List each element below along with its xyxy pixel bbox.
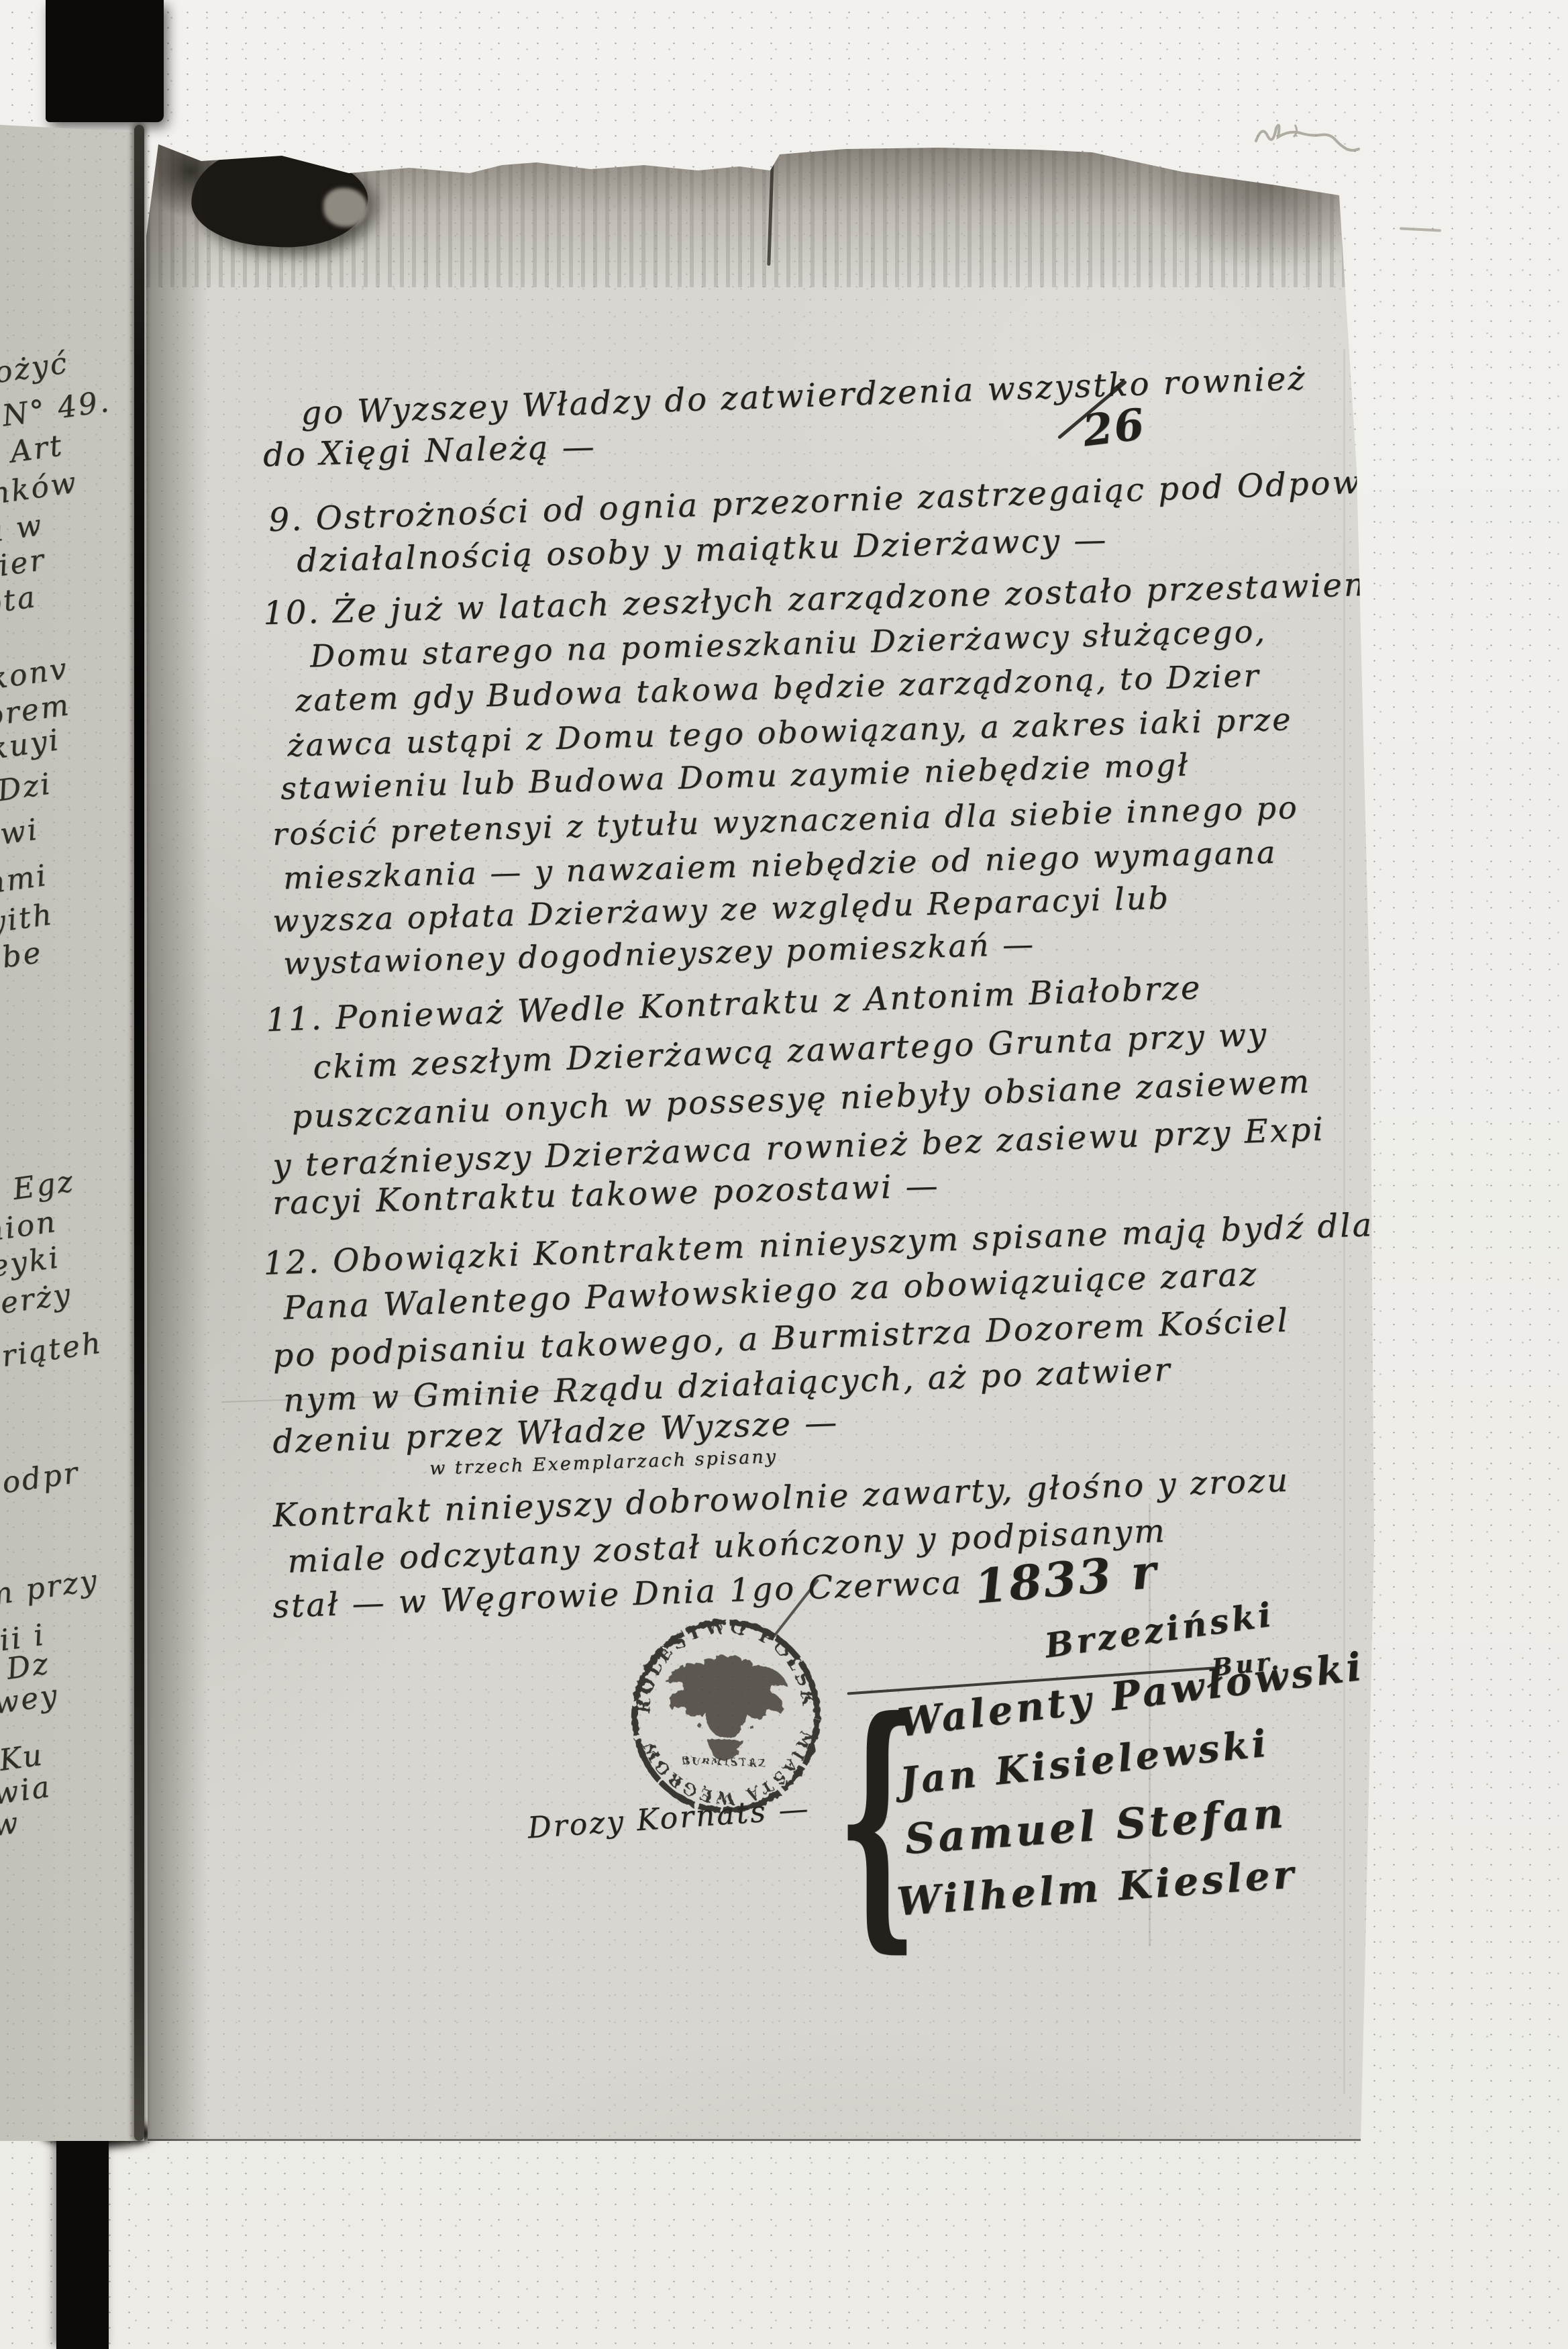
stamp-eagle-emblem xyxy=(664,1653,789,1762)
left-fragment-15: uibe xyxy=(0,938,44,978)
left-fragment-6: Dier xyxy=(0,546,48,585)
left-fragment-16: zd Egz xyxy=(0,1167,76,1212)
left-fragment-28: lw xyxy=(0,1808,22,1843)
tape-remnant-highlight xyxy=(323,188,368,227)
film-scratch-mark xyxy=(1400,227,1441,232)
left-fragment-1: ałożyć xyxy=(0,348,70,393)
gutter-shadow xyxy=(144,128,208,2141)
closing-year: 1833 r xyxy=(972,1548,1159,1611)
left-fragment-10: akuyi xyxy=(0,726,62,767)
left-fragment-20: Mariąteh xyxy=(0,1328,105,1379)
left-fragment-14: Dyith xyxy=(0,900,56,942)
pencil-scribble-mark xyxy=(1252,118,1379,158)
left-fragment-25: nawey xyxy=(0,1681,60,1725)
hand-line-1: go Wyzszey Władzy do zatwierdzenia wszys… xyxy=(301,362,1308,430)
film-strip-bottom xyxy=(56,2129,109,2349)
microfilm-scan: { "scan": { "page_number": "26", "ink_co… xyxy=(0,0,1568,2349)
page-number: 26 xyxy=(1080,403,1147,454)
left-fragment-21: st odpr xyxy=(0,1458,81,1504)
left-fragment-12: zawi xyxy=(0,815,41,854)
left-fragment-7: wota xyxy=(0,583,39,623)
top-right-corner-shading xyxy=(1100,154,1382,315)
page-bottom-edge xyxy=(0,2139,1375,2142)
left-fragment-13: mmi xyxy=(0,861,50,900)
left-fragment-11: a Dzi xyxy=(0,769,54,810)
signature-3: Walenty Pawłowski xyxy=(896,1647,1367,1743)
municipal-seal-stamp: KRÓLESTWO POLSKIE MIASTA WĘGROWA BURMIST… xyxy=(601,1612,843,1856)
hand-line-3: 9. Ostrożności od ognia przezornie zastr… xyxy=(268,465,1396,537)
signature-6: Wilhelm Kiesler xyxy=(896,1854,1298,1921)
left-fragment-19: oberży xyxy=(0,1280,74,1325)
binding-fold-line xyxy=(134,125,144,2141)
hand-line-2: do Xięgi Należą — xyxy=(262,431,596,472)
left-fragment-22: kim przy xyxy=(0,1566,101,1615)
film-strip-top xyxy=(46,0,164,122)
main-page: 26 1833 r { Drozy Kornats — KRÓLESTWO PO… xyxy=(0,0,1568,2349)
signature-5: Samuel Stefan xyxy=(904,1792,1288,1860)
